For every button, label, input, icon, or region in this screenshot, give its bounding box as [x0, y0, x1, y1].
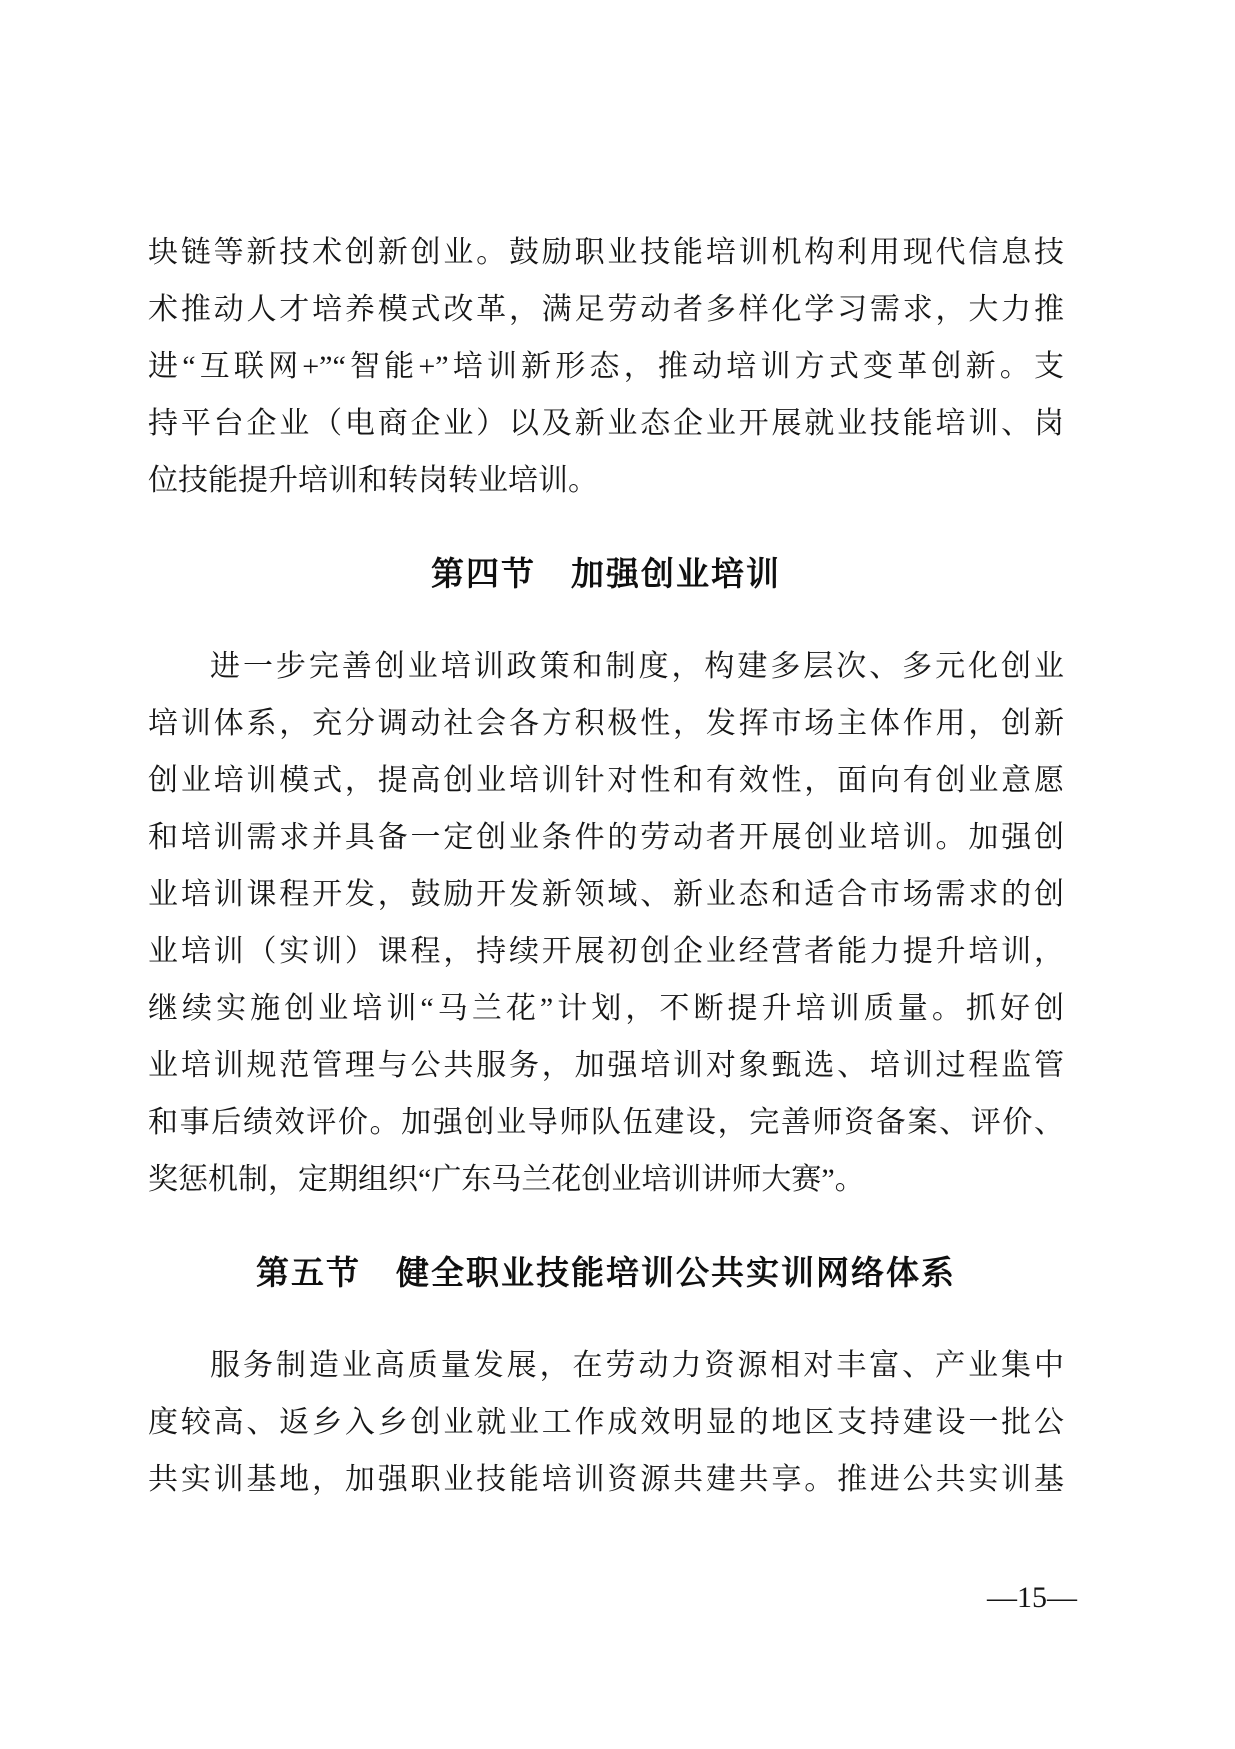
text-line: 业培训课程开发，鼓励开发新领域、新业态和适合市场需求的创: [148, 866, 1064, 923]
text-line: 位技能提升培训和转岗转业培训。: [148, 452, 1064, 509]
section-heading-5: 第五节 健全职业技能培训公共实训网络体系: [148, 1244, 1064, 1301]
text-line: 服务制造业高质量发展，在劳动力资源相对丰富、产业集中: [148, 1337, 1064, 1394]
text-line: 和事后绩效评价。加强创业导师队伍建设，完善师资备案、评价、: [148, 1094, 1064, 1151]
text-line: 和培训需求并具备一定创业条件的劳动者开展创业培训。加强创: [148, 809, 1064, 866]
text-line: 进一步完善创业培训政策和制度，构建多层次、多元化创业: [148, 638, 1064, 695]
text-line: 培训体系，充分调动社会各方积极性，发挥市场主体作用，创新: [148, 695, 1064, 752]
paragraph-continuation: 块链等新技术创新创业。鼓励职业技能培训机构利用现代信息技 术推动人才培养模式改革…: [148, 224, 1064, 509]
text-line: 度较高、返乡入乡创业就业工作成效明显的地区支持建设一批公: [148, 1394, 1064, 1451]
text-line: 块链等新技术创新创业。鼓励职业技能培训机构利用现代信息技: [148, 224, 1064, 281]
paragraph-section-4: 进一步完善创业培训政策和制度，构建多层次、多元化创业 培训体系，充分调动社会各方…: [148, 638, 1064, 1208]
text-line: 继续实施创业培训“马兰花”计划，不断提升培训质量。抓好创: [148, 980, 1064, 1037]
section-heading-4: 第四节 加强创业培训: [148, 545, 1064, 602]
page-body: 块链等新技术创新创业。鼓励职业技能培训机构利用现代信息技 术推动人才培养模式改革…: [148, 224, 1064, 1508]
text-line: 业培训（实训）课程，持续开展初创企业经营者能力提升培训，: [148, 923, 1064, 980]
text-line: 奖惩机制，定期组织“广东马兰花创业培训讲师大赛”。: [148, 1151, 1064, 1208]
paragraph-section-5: 服务制造业高质量发展，在劳动力资源相对丰富、产业集中 度较高、返乡入乡创业就业工…: [148, 1337, 1064, 1508]
text-line: 术推动人才培养模式改革，满足劳动者多样化学习需求，大力推: [148, 281, 1064, 338]
text-line: 创业培训模式，提高创业培训针对性和有效性，面向有创业意愿: [148, 752, 1064, 809]
text-line: 共实训基地，加强职业技能培训资源共建共享。推进公共实训基: [148, 1451, 1064, 1508]
page-number: —15—: [987, 1581, 1077, 1615]
text-line: 持平台企业（电商企业）以及新业态企业开展就业技能培训、岗: [148, 395, 1064, 452]
text-line: 业培训规范管理与公共服务，加强培训对象甄选、培训过程监管: [148, 1037, 1064, 1094]
document-page: 块链等新技术创新创业。鼓励职业技能培训机构利用现代信息技 术推动人才培养模式改革…: [0, 0, 1235, 1749]
text-line: 进“互联网+”“智能+”培训新形态，推动培训方式变革创新。支: [148, 338, 1064, 395]
